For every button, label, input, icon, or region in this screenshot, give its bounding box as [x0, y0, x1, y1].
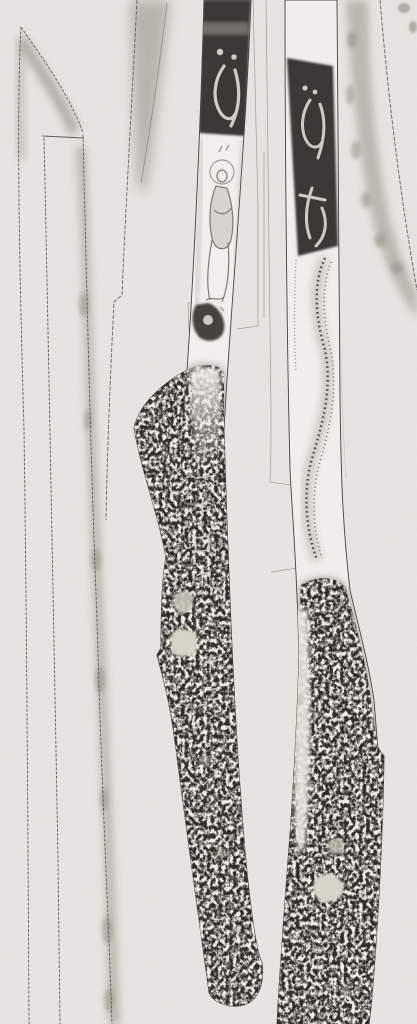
mekugi-ana-hole-small	[328, 838, 344, 854]
plate-canvas	[0, 0, 417, 1024]
ornament-hole	[203, 315, 213, 325]
sword-plate	[0, 0, 417, 1024]
mekugi-ana-hole	[313, 874, 343, 902]
panel-light-break	[199, 22, 249, 35]
mekugi-ana-hole	[173, 591, 193, 613]
bright-pit	[171, 630, 197, 656]
